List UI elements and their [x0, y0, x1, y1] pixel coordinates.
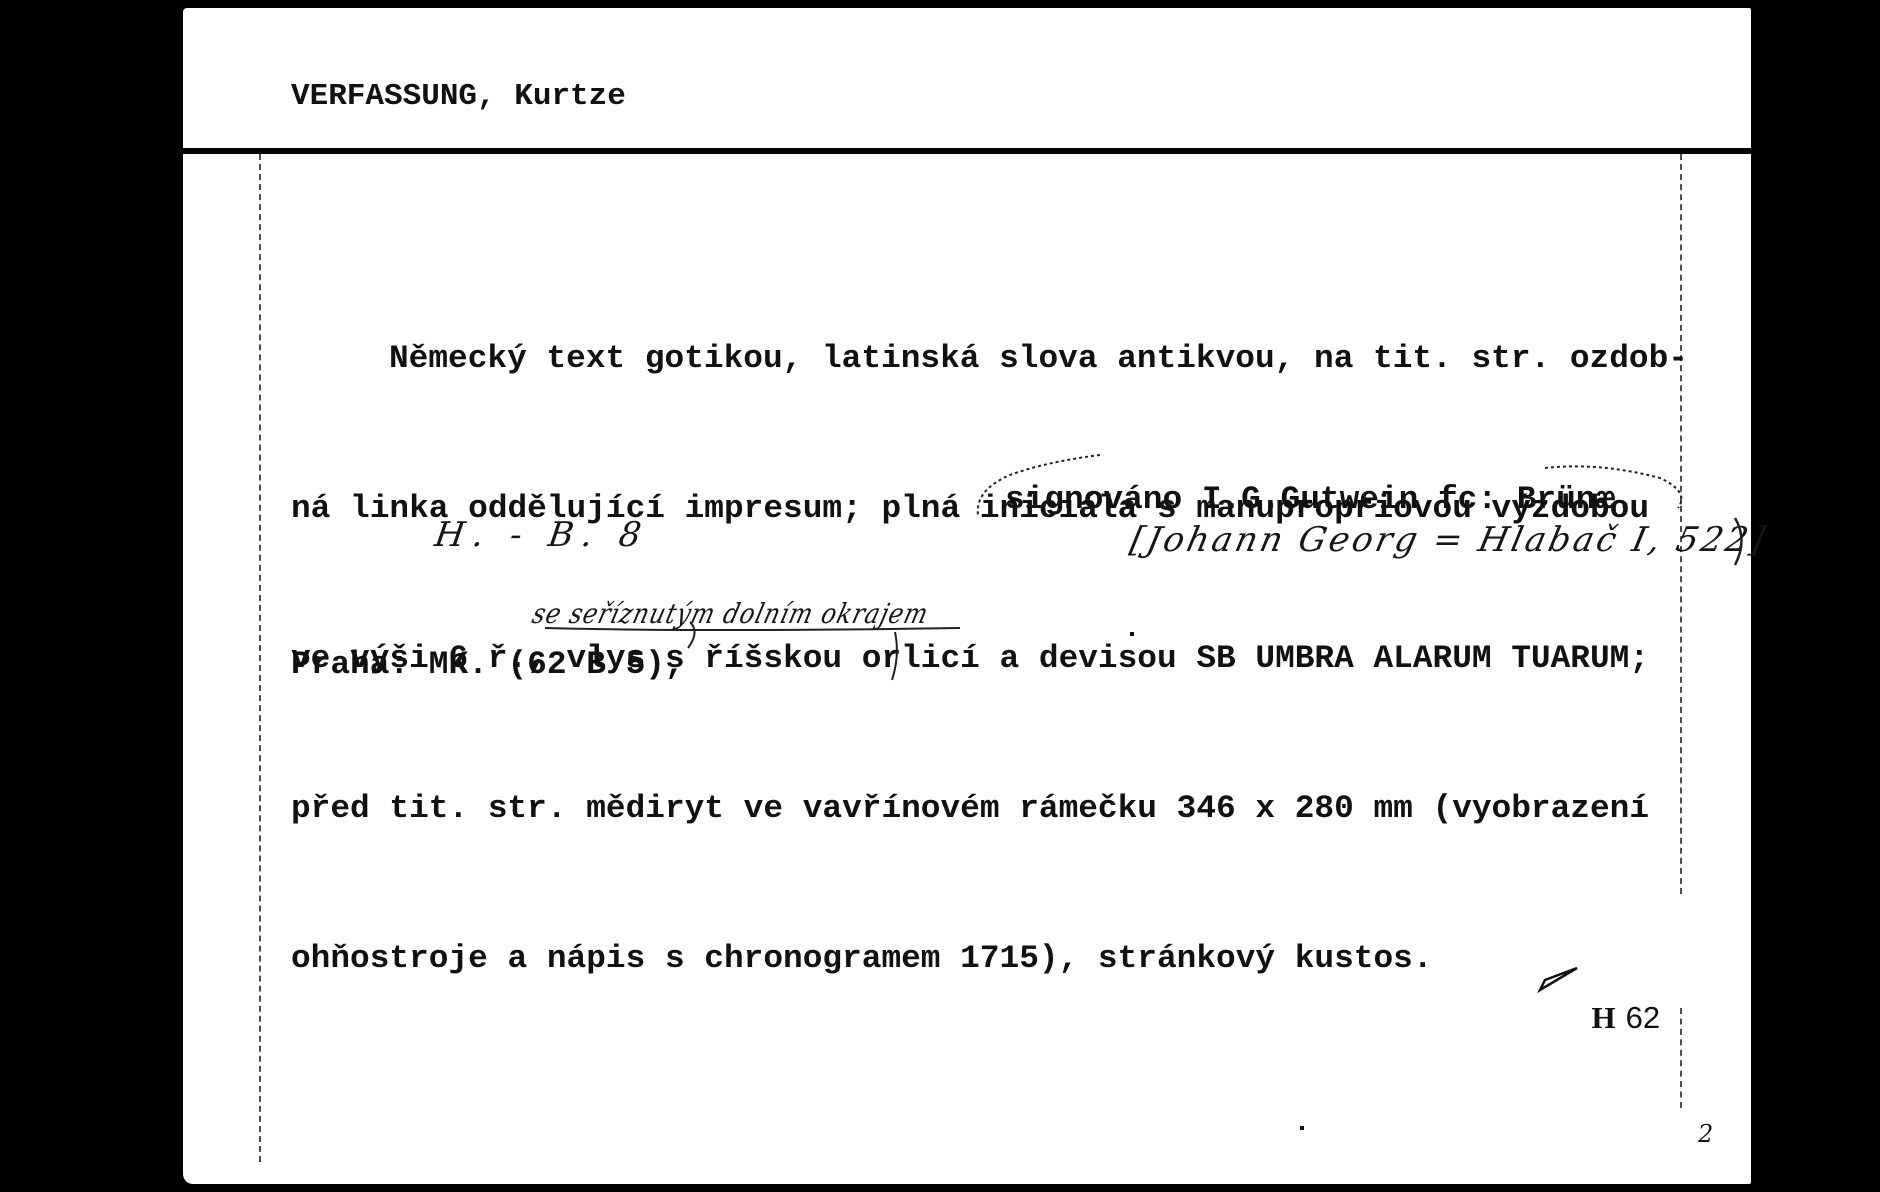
handwritten-location-note: se seříznutým dolním okrajem — [529, 598, 932, 630]
left-margin-line — [259, 154, 261, 1162]
description-line: Německý text gotikou, latinská slova ant… — [291, 334, 1688, 384]
card-heading: VERFASSUNG, Kurtze — [291, 72, 626, 122]
handwritten-author-note: [Johann Georg = Hlabač I, 522] — [1127, 520, 1771, 560]
header-divider — [183, 148, 1751, 154]
description-line: ohňostroje a nápis s chronogramem 1715),… — [291, 934, 1688, 984]
handwritten-corner-mark: 2 — [1698, 1120, 1713, 1148]
catalog-card: VERFASSUNG, Kurtze Německý text gotikou,… — [183, 8, 1751, 1184]
shelf-mark-number: 62 — [1626, 1000, 1660, 1035]
handwritten-left-note: H. - B. 8 — [432, 515, 651, 555]
shelf-mark: H62 — [1557, 943, 1660, 1093]
shelf-mark-letter: H — [1591, 1000, 1615, 1035]
location-line: Praha: MK. (62 B 5), — [291, 640, 685, 690]
signed-line: signováno I.G.Gutwein fc: Brünæ. — [1005, 475, 1635, 525]
description-line: před tit. str. mědiryt ve vavřínovém rám… — [291, 784, 1688, 834]
